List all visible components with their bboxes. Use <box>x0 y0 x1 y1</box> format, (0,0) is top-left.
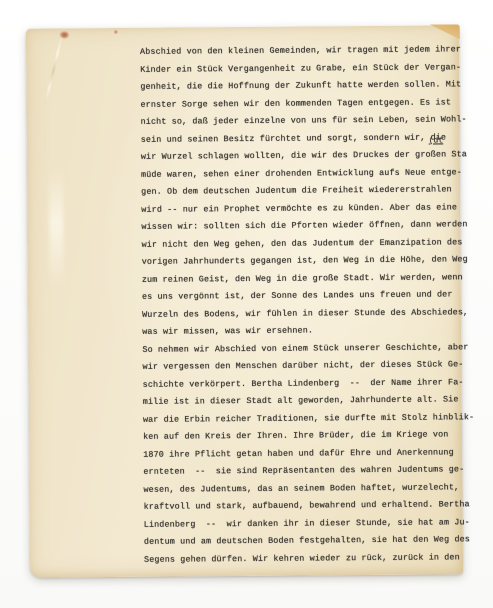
paper-sheet: Abschied von den kleinen Gemeinden, wir … <box>26 25 463 577</box>
text-line: dentum und am deutschen Boden festgehalt… <box>144 531 474 551</box>
text-line: gen. Ob dem deutschen Judentum die Freih… <box>141 181 471 201</box>
text-line: Abschied von den kleinen Gemeinden, wir … <box>140 41 470 61</box>
scan-background: Abschied von den kleinen Gemeinden, wir … <box>0 0 493 608</box>
text-line: vorigen Jahrhunderts gegangen ist, den W… <box>142 251 472 271</box>
text-line: milie ist in dieser Stadt alt geworden, … <box>143 391 473 411</box>
text-line: kraftvoll und stark, aufbauend, bewahren… <box>144 496 474 516</box>
rust-dot <box>114 30 118 34</box>
text-line: genheit, die die Hoffnung der Zukunft ha… <box>140 76 470 96</box>
text-line: ken auf den Kreis der Ihren. Ihre Brüder… <box>143 426 473 446</box>
text-line: ernteten -- sie sind Repräsentanten des … <box>143 461 473 481</box>
text-line: Segens gehen dürfen. Wir kehren wieder z… <box>144 549 474 569</box>
text-line: nicht so, daß jeder einzelne von uns für… <box>141 111 471 131</box>
text-line: es uns vergönnt ist, der Sonne des Lande… <box>142 286 472 306</box>
text-line: Wurzeln des Bodens, wir fühlen in dieser… <box>142 304 472 324</box>
text-line: wir Wurzel schlagen wollten, die wir des… <box>141 146 471 166</box>
typed-insertion-correction: (dt <box>429 136 443 145</box>
paper-corner-fold <box>430 24 460 39</box>
paper-crease <box>45 35 62 100</box>
text-line: wissen wir: sollten sich die Pforten wie… <box>141 216 471 236</box>
typewritten-text-block: Abschied von den kleinen Gemeinden, wir … <box>140 41 474 569</box>
paper-worn-streak <box>49 168 64 288</box>
text-line: wir vergessen den Menschen darüber nicht… <box>142 356 472 376</box>
